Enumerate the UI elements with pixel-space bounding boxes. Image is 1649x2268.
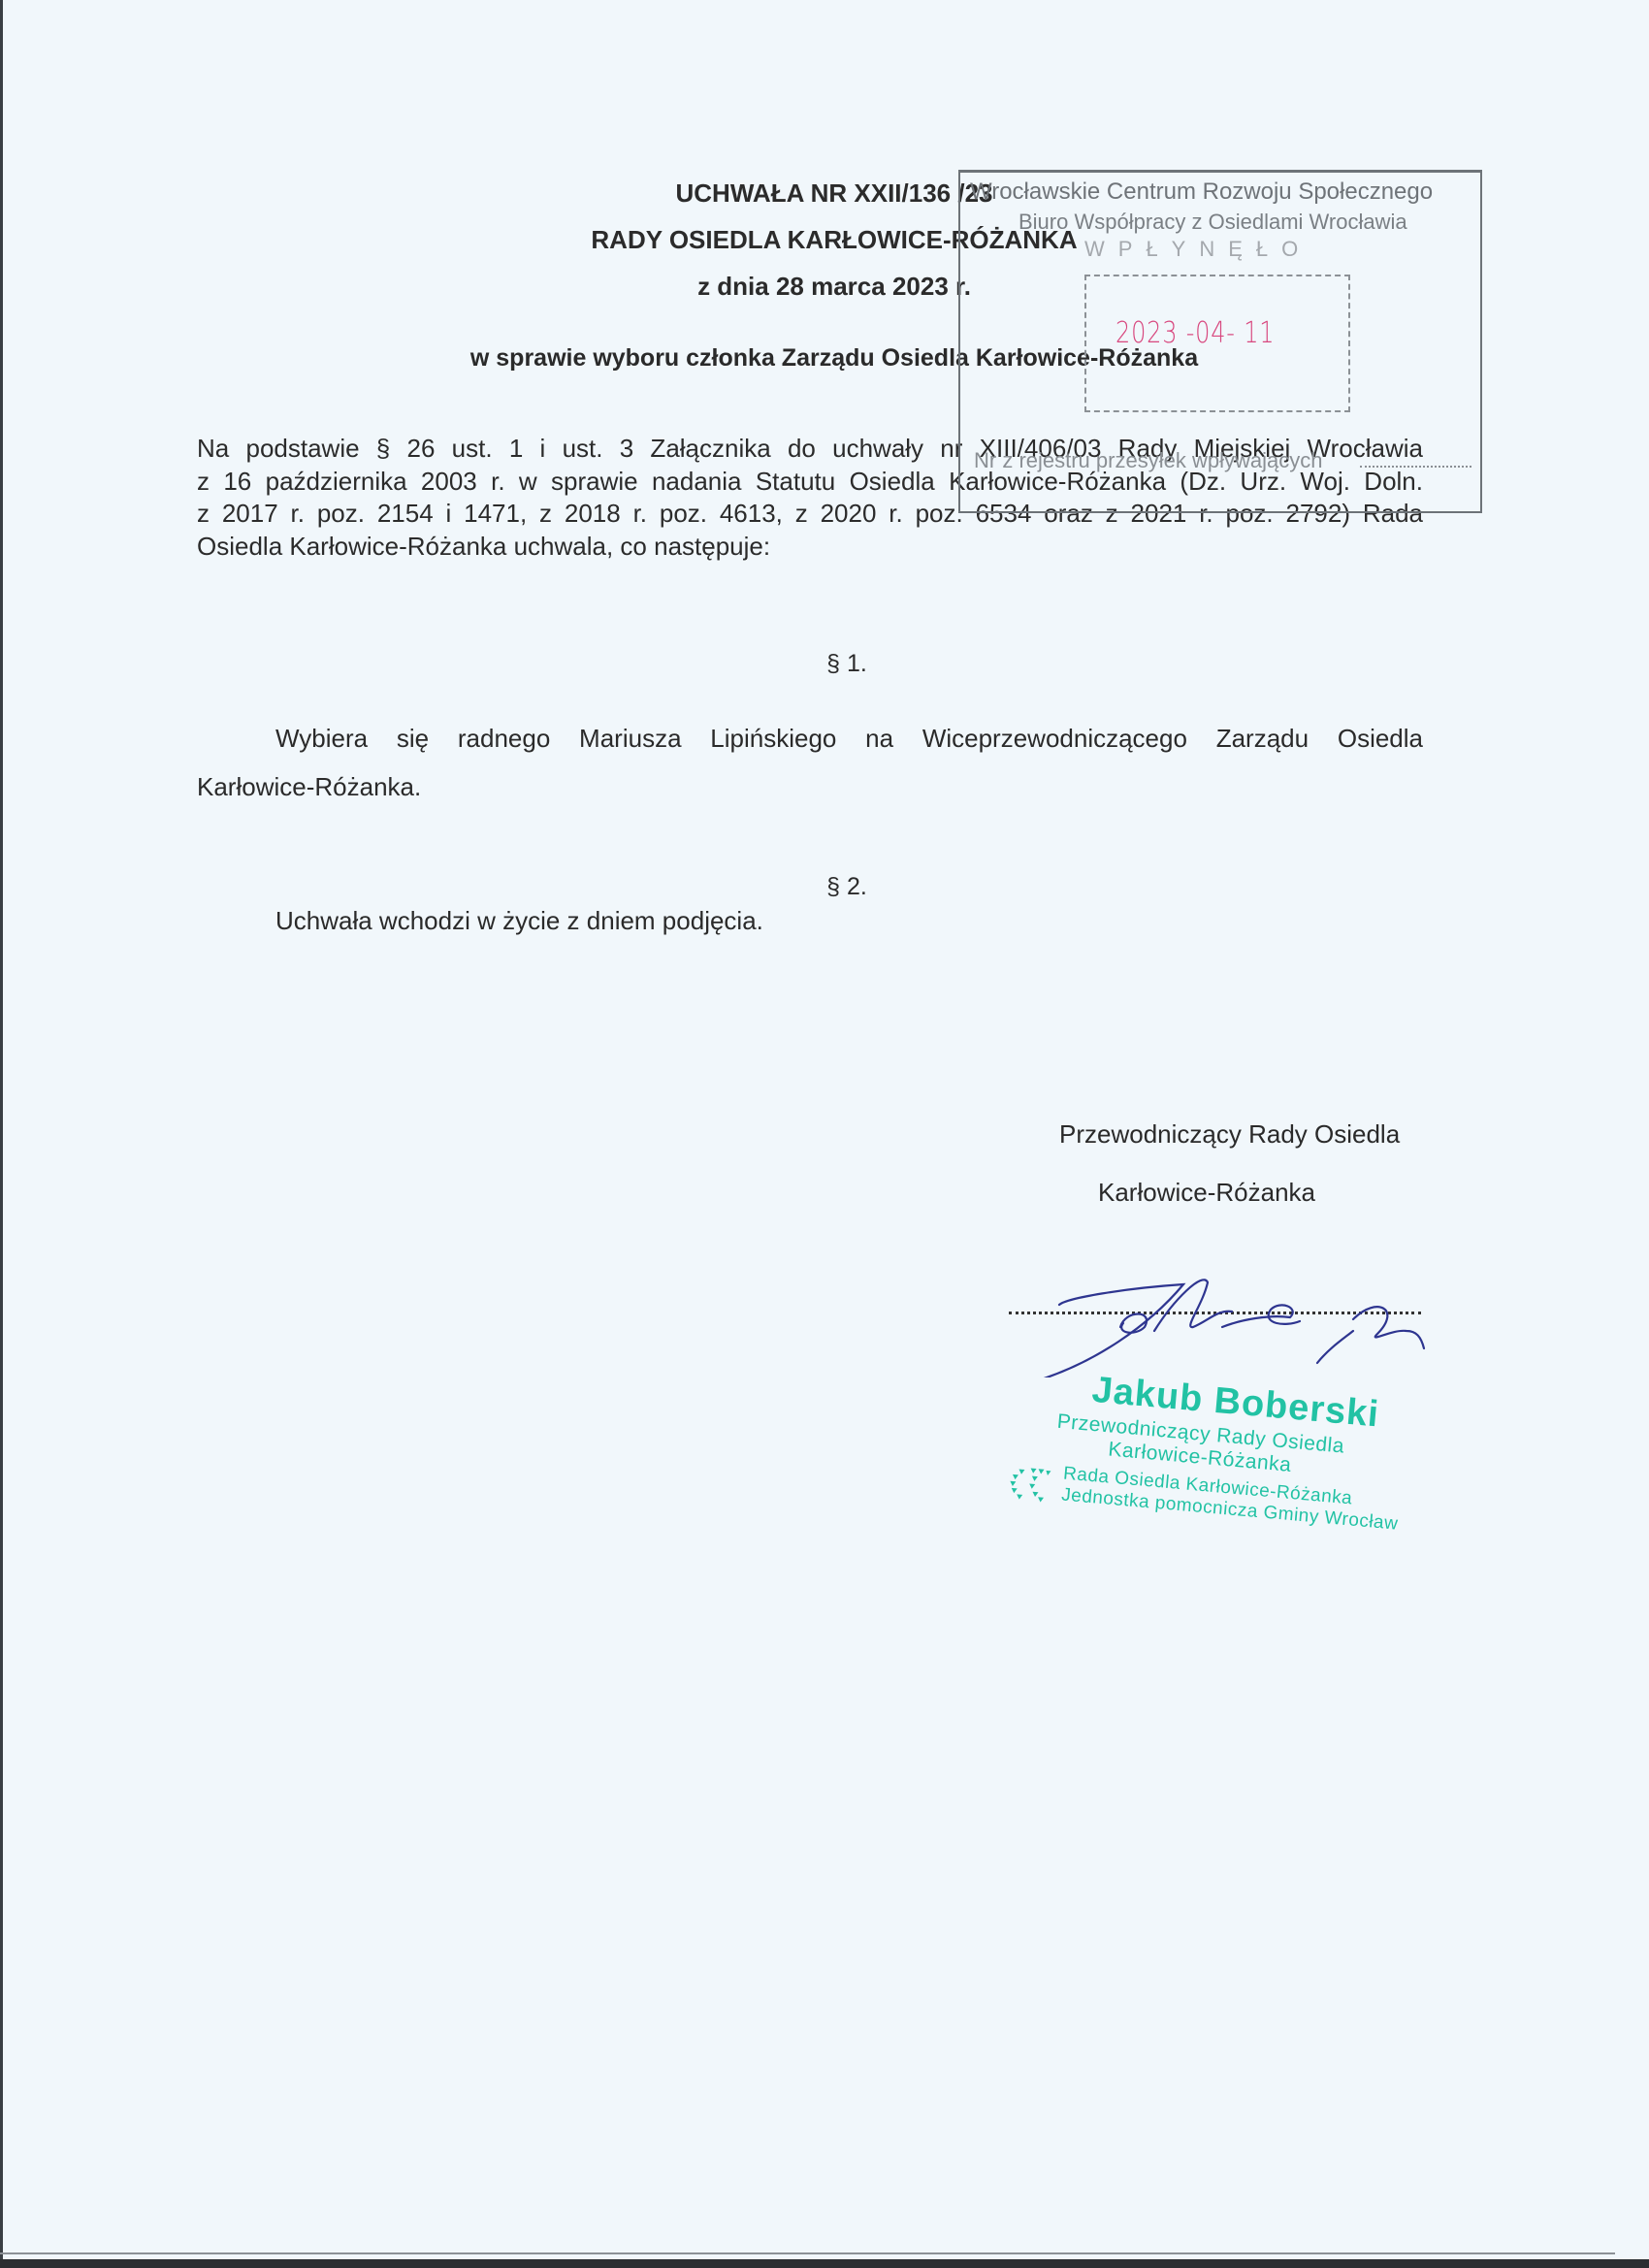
signatory-title: Przewodniczący Rady Osiedla <box>1059 1119 1400 1150</box>
section-1-mark: § 1. <box>0 650 1649 678</box>
council-logo-icon <box>1007 1465 1052 1506</box>
registry-stamp: Wrocławskie Centrum Rozwoju Społecznego … <box>958 170 1482 513</box>
handwritten-signature-icon <box>1009 1251 1436 1377</box>
stamp-received-label: WPŁYNĘŁO <box>1084 237 1311 262</box>
scan-left-edge <box>0 0 3 2268</box>
section-2-text: Uchwała wchodzi w życie z dniem podjęcia… <box>275 906 763 936</box>
preamble-line: Osiedla Karłowice-Różanka uchwala, co na… <box>197 531 1423 564</box>
stamp-date: 2023 -04- 11 <box>1115 316 1275 350</box>
scan-bottom-line <box>0 2252 1615 2254</box>
stamp-registry-line <box>1360 466 1471 468</box>
section-2-mark: § 2. <box>0 873 1649 901</box>
scan-bottom-band <box>0 2259 1649 2268</box>
stamp-office: Biuro Współpracy z Osiedlami Wrocławia <box>1018 210 1407 235</box>
signatory-area: Karłowice-Różanka <box>1098 1178 1315 1208</box>
section-1-text-cont: Karłowice-Różanka. <box>197 772 421 802</box>
stamp-registry-label: Nr z rejestru przesyłek wpływających <box>974 448 1322 473</box>
official-seal: Jakub Boberski Przewodniczący Rady Osied… <box>1007 1363 1435 1538</box>
stamp-org: Wrocławskie Centrum Rozwoju Społecznego <box>970 178 1433 206</box>
section-1-text: Wybiera się radnego Mariusza Lipińskiego… <box>275 724 1423 754</box>
